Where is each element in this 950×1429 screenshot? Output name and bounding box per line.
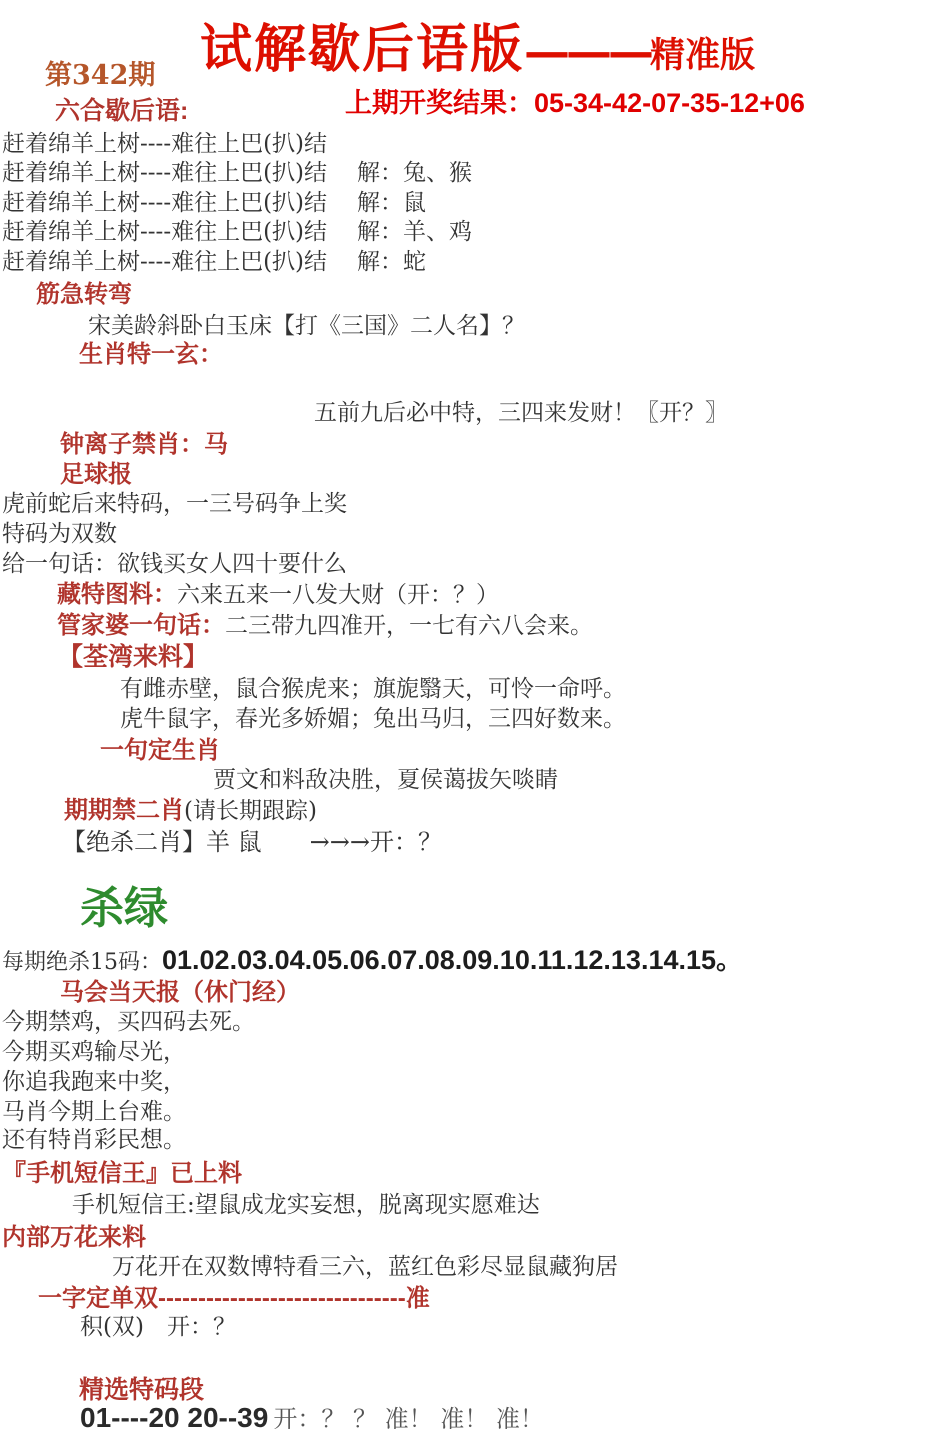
brain-teaser-header: 筋急转弯 [36,281,132,309]
section-header-hexie: 六合歇后语: [55,97,188,126]
page-title-dashes: ——— [524,24,650,78]
issue-number: 第342期 [45,60,155,91]
football-line-1: 虎前蛇后来特码，一三号码争上奖 [2,491,347,517]
riddle-text: 赶着绵羊上树----难往上巴(扒)结 [2,131,357,157]
last-draw-result: 上期开奖结果：05-34-42-07-35-12+06 [345,88,805,119]
guanjiapo-line: 管家婆一句话：二三带九四准开，一七有六八会来。 [57,612,593,640]
football-line-3: 给一句话：欲钱买女人四十要什么 [2,551,347,577]
riddle-list: 赶着绵羊上树----难往上巴(扒)结 赶着绵羊上树----难往上巴(扒)结解：兔… [2,131,472,278]
special-segment-ranges: 01----20 20--39 [80,1402,268,1429]
zodiac-header: 生肖特一玄： [79,341,223,369]
kill-green-numbers: 01.02.03.04.05.06.07.08.09.10.11.12.13.1… [162,945,743,975]
daily-report-header: 马会当天报（休门经） [60,979,300,1007]
ban-two-note: (请长期跟踪) [184,798,317,824]
special-segment-result: 开：？ ？ 准！ 准！ 准！ [273,1405,544,1429]
kill-green-title: 杀绿 [80,884,168,935]
wanhua-line: 万花开在双数博特看三六，蓝红色彩尽显鼠藏狗居 [112,1254,618,1280]
single-double-header: 一字定单双-------------------------------准 [38,1285,430,1313]
guanjiapo-text: 二三带九四准开，一七有六八会来。 [225,613,593,639]
page: 试解歇后语版———精准版 第342期 六合歇后语: 上期开奖结果：05-34-4… [0,0,950,1429]
one-sentence-line: 贾文和料敌决胜，夏侯蔼拔矢啖睛 [213,767,558,793]
riddle-text: 赶着绵羊上树----难往上巴(扒)结 [2,190,357,216]
one-sentence-header: 一句定生肖 [100,737,220,765]
daily-poem-line: 你追我跑来中奖， [2,1069,186,1095]
ban-two-header: 期期禁二肖 [64,797,184,824]
wanhua-header: 内部万花来料 [2,1224,146,1252]
football-line-2: 特码为双数 [2,521,117,547]
zodiac-line: 五前九后必中特，三四来发财！〖开？〗 [314,400,728,426]
daily-poem-line: 马肖今期上台难。 [2,1099,186,1125]
riddle-answer: 解：鼠 [357,190,426,216]
cangte-text: 六来五来一八发大财（开：？） [177,582,499,608]
riddle-text: 赶着绵羊上树----难往上巴(扒)结 [2,160,357,186]
ban-two-line: 【绝杀二肖】羊 鼠 →→→开：？ [62,829,442,857]
riddle-text: 赶着绵羊上树----难往上巴(扒)结 [2,219,357,245]
riddle-text: 赶着绵羊上树----难往上巴(扒)结 [2,249,357,275]
riddle-row: 赶着绵羊上树----难往上巴(扒)结解：羊、鸡 [2,219,472,248]
special-segment-line: 01----20 20--39 开：？ ？ 准！ 准！ 准！ [80,1402,544,1429]
page-title-main: 试解歇后语版 [200,19,524,80]
special-segment-header: 精选特码段 [79,1376,204,1405]
single-double-line: 积(双) 开：？ [80,1314,236,1340]
riddle-answer: 解：兔、猴 [357,160,472,186]
riddle-answer: 解：蛇 [357,249,426,275]
kill-green-numbers-line: 每期绝杀15码：01.02.03.04.05.06.07.08.09.10.11… [2,945,743,976]
riddle-answer: 解：羊、鸡 [357,219,472,245]
daily-poem-line: 今期买鸡输尽光， [2,1039,186,1065]
sms-king-header: 『手机短信王』已上料 [2,1160,242,1188]
page-title: 试解歇后语版———精准版 [200,20,755,80]
quanwan-header: 【荃湾来料】 [58,643,208,672]
football-header: 足球报 [60,461,132,489]
zhongli-line: 钟离子禁肖：马 [60,431,228,459]
guanjiapo-label: 管家婆一句话： [57,612,225,639]
ban-two-header-line: 期期禁二肖(请长期跟踪) [64,797,317,825]
brain-teaser-question: 宋美龄斜卧白玉床【打《三国》二人名】？ [88,313,525,339]
sms-king-line: 手机短信王:望鼠成龙实妄想，脱离现实愿难达 [72,1192,540,1218]
kill-green-label: 每期绝杀15码： [2,950,162,975]
quanwan-line-1: 有雌赤壁，鼠合猴虎来；旗旎翳天，可怜一命呼。 [120,676,626,702]
quanwan-line-2: 虎牛鼠字，春光多娇媚；兔出马归，三四好数来。 [120,706,626,732]
cangte-line: 藏特图料：六来五来一八发大财（开：？） [57,581,499,609]
riddle-row: 赶着绵羊上树----难往上巴(扒)结解：蛇 [2,249,472,278]
daily-poem-line: 还有特肖彩民想。 [2,1127,186,1153]
page-title-suffix: 精准版 [650,35,755,76]
cangte-label: 藏特图料： [57,581,177,608]
riddle-row: 赶着绵羊上树----难往上巴(扒)结解：兔、猴 [2,160,472,189]
daily-poem-line: 今期禁鸡，买四码去死。 [2,1009,255,1035]
riddle-row: 赶着绵羊上树----难往上巴(扒)结 [2,131,472,160]
riddle-row: 赶着绵羊上树----难往上巴(扒)结解：鼠 [2,190,472,219]
